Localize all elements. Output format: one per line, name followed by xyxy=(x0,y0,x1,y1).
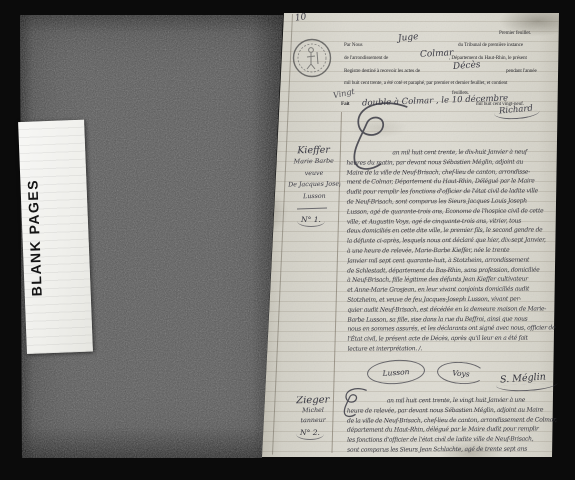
margin-name-line: Kieffer xyxy=(288,145,340,157)
handwritten-line: quier audit Neuf-Brisach, est décédée en… xyxy=(347,304,561,315)
header-departement: , Département du Haut-Rhin, le présent xyxy=(449,55,527,61)
sheet-label: Premier feuillet. xyxy=(499,30,531,36)
act1-body-text: an mil huit cent trente, le dix-huit Jan… xyxy=(346,147,561,354)
official-round-stamp-icon xyxy=(291,37,335,81)
header-acte-type-handwritten: Décès xyxy=(453,60,481,72)
header-cote-line: mil huit cent trente, a été coté et para… xyxy=(344,80,507,86)
margin-name-line: veuve xyxy=(288,167,340,179)
handwritten-line: dudit pour remplir les fonctions d'offic… xyxy=(347,187,561,198)
header-judge-handwritten: Juge xyxy=(398,32,419,44)
header-registre: Registre destiné à recevoir les actes de xyxy=(344,68,420,74)
blank-pages-label: BLANK PAGES xyxy=(18,120,93,354)
margin-name-line: Marie Barbe xyxy=(288,156,340,168)
blank-pages-label-text: BLANK PAGES xyxy=(24,179,44,297)
scanned-register-spread: BLANK PAGES 10 Premier feuillet. Par Nou… xyxy=(0,0,575,480)
folio-number: 10 xyxy=(294,12,307,23)
margin-name-line: De Jacques Joseph xyxy=(288,179,340,191)
header-tribunal: du Tribunal de première instance xyxy=(458,42,523,48)
handwritten-line: lecture et interprétation. /. xyxy=(348,343,562,354)
handwritten-line: la défunte ci-après, lesquels nous ont d… xyxy=(347,236,561,247)
margin-name-line: Lusson xyxy=(288,190,340,202)
act2-body-text: an mil huit cent trente, le vingt huit J… xyxy=(347,395,562,455)
handwritten-line: les fonctions d'officier de l'état civil… xyxy=(347,435,562,446)
handwritten-line: sont comparus les Sieurs Jean Schlachte,… xyxy=(347,444,562,455)
header-par-nous: Par Nous xyxy=(344,42,362,48)
handwritten-line: de Schlestadt, département du Bas-Rhin, … xyxy=(347,265,561,276)
act2-number: N° 2. xyxy=(296,428,324,437)
act1-margin-names: KiefferMarie BarbeveuveDe Jacques Joseph… xyxy=(288,145,341,203)
handwritten-line: et Anne-Marie Grosjean, en leur vivant c… xyxy=(347,285,561,296)
act1-number: N° 1. xyxy=(297,215,325,224)
margin-name-line: tanneur xyxy=(287,416,339,427)
handwritten-line: nous en sommes assurés, et les déclarant… xyxy=(347,324,561,335)
handwritten-line: Lusson, agé de quarante-trois ans, Econo… xyxy=(347,206,561,217)
header-arrondissement: de l'arrondissement de xyxy=(344,55,388,61)
header-pendant-annee: pendant l'année xyxy=(506,68,537,74)
act2-margin-names: ZiegerMicheltanneur xyxy=(287,396,340,428)
